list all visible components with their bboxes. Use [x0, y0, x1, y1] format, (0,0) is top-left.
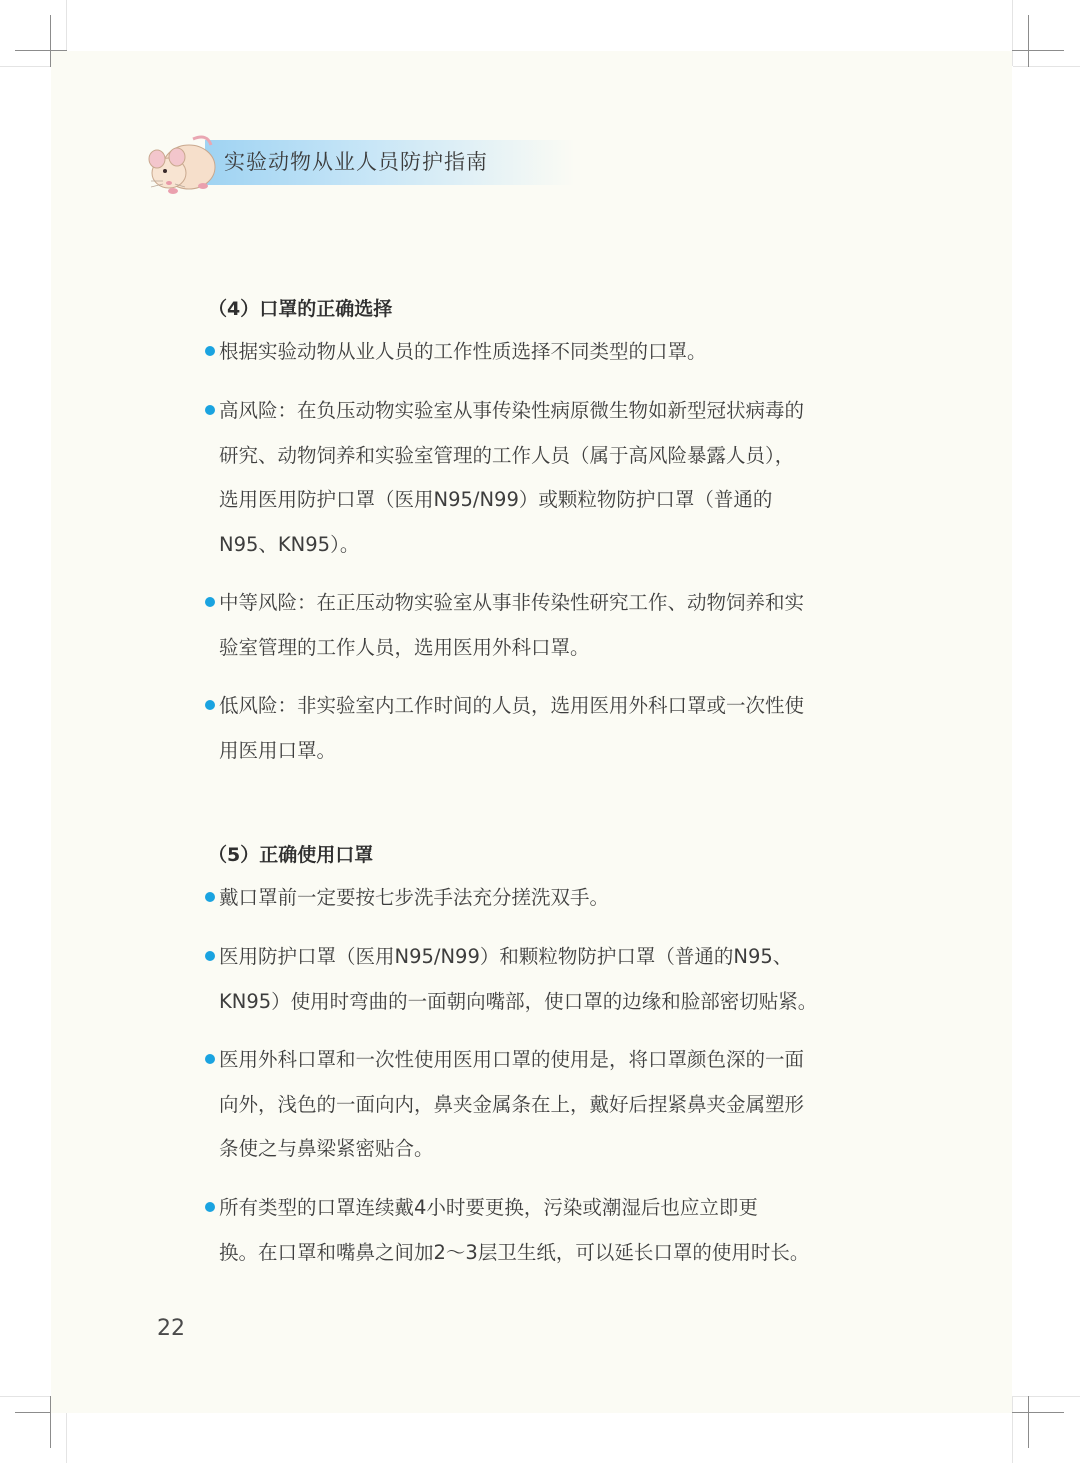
mouse-icon [147, 131, 219, 197]
bullet-icon [205, 597, 215, 607]
list-item: 所有类型的口罩连续戴4小时要更换，污染或潮湿后也应立即更 换。在口罩和嘴鼻之间加… [205, 1186, 885, 1275]
bullet-icon [205, 346, 215, 356]
section-title: （4）口罩的正确选择 [208, 294, 392, 321]
bullet-icon [205, 1202, 215, 1212]
trim-line [1013, 1396, 1080, 1397]
list-item: 戴口罩前一定要按七步洗手法充分搓洗双手。 [205, 876, 885, 921]
crop-mark [1028, 1396, 1029, 1448]
list-item: 中等风险：在正压动物实验室从事非传染性研究工作、动物饲养和实 验室管理的工作人员… [205, 581, 885, 670]
trim-line [1013, 66, 1080, 67]
bullet-icon [205, 1054, 215, 1064]
crop-mark [1012, 1412, 1064, 1413]
running-header-title: 实验动物从业人员防护指南 [224, 146, 488, 178]
bullet-icon [205, 405, 215, 415]
bullet-icon [205, 892, 215, 902]
list-item: 医用防护口罩（医用N95/N99）和颗粒物防护口罩（普通的N95、 KN95）使… [205, 935, 885, 1024]
crop-mark [1028, 15, 1029, 67]
trim-line [1012, 1396, 1013, 1463]
bullet-icon [205, 700, 215, 710]
crop-mark [1012, 50, 1064, 51]
bullet-icon [205, 951, 215, 961]
list-item: 高风险：在负压动物实验室从事传染性病原微生物如新型冠状病毒的 研究、动物饲养和实… [205, 389, 885, 567]
list-item: 医用外科口罩和一次性使用医用口罩的使用是，将口罩颜色深的一面 向外，浅色的一面向… [205, 1038, 885, 1172]
list-item: 低风险：非实验室内工作时间的人员，选用医用外科口罩或一次性使 用医用口罩。 [205, 684, 885, 773]
section-title: （5）正确使用口罩 [208, 840, 373, 867]
trim-line [1012, 0, 1013, 66]
list-item: 根据实验动物从业人员的工作性质选择不同类型的口罩。 [205, 330, 885, 375]
page-number: 22 [157, 1316, 185, 1341]
